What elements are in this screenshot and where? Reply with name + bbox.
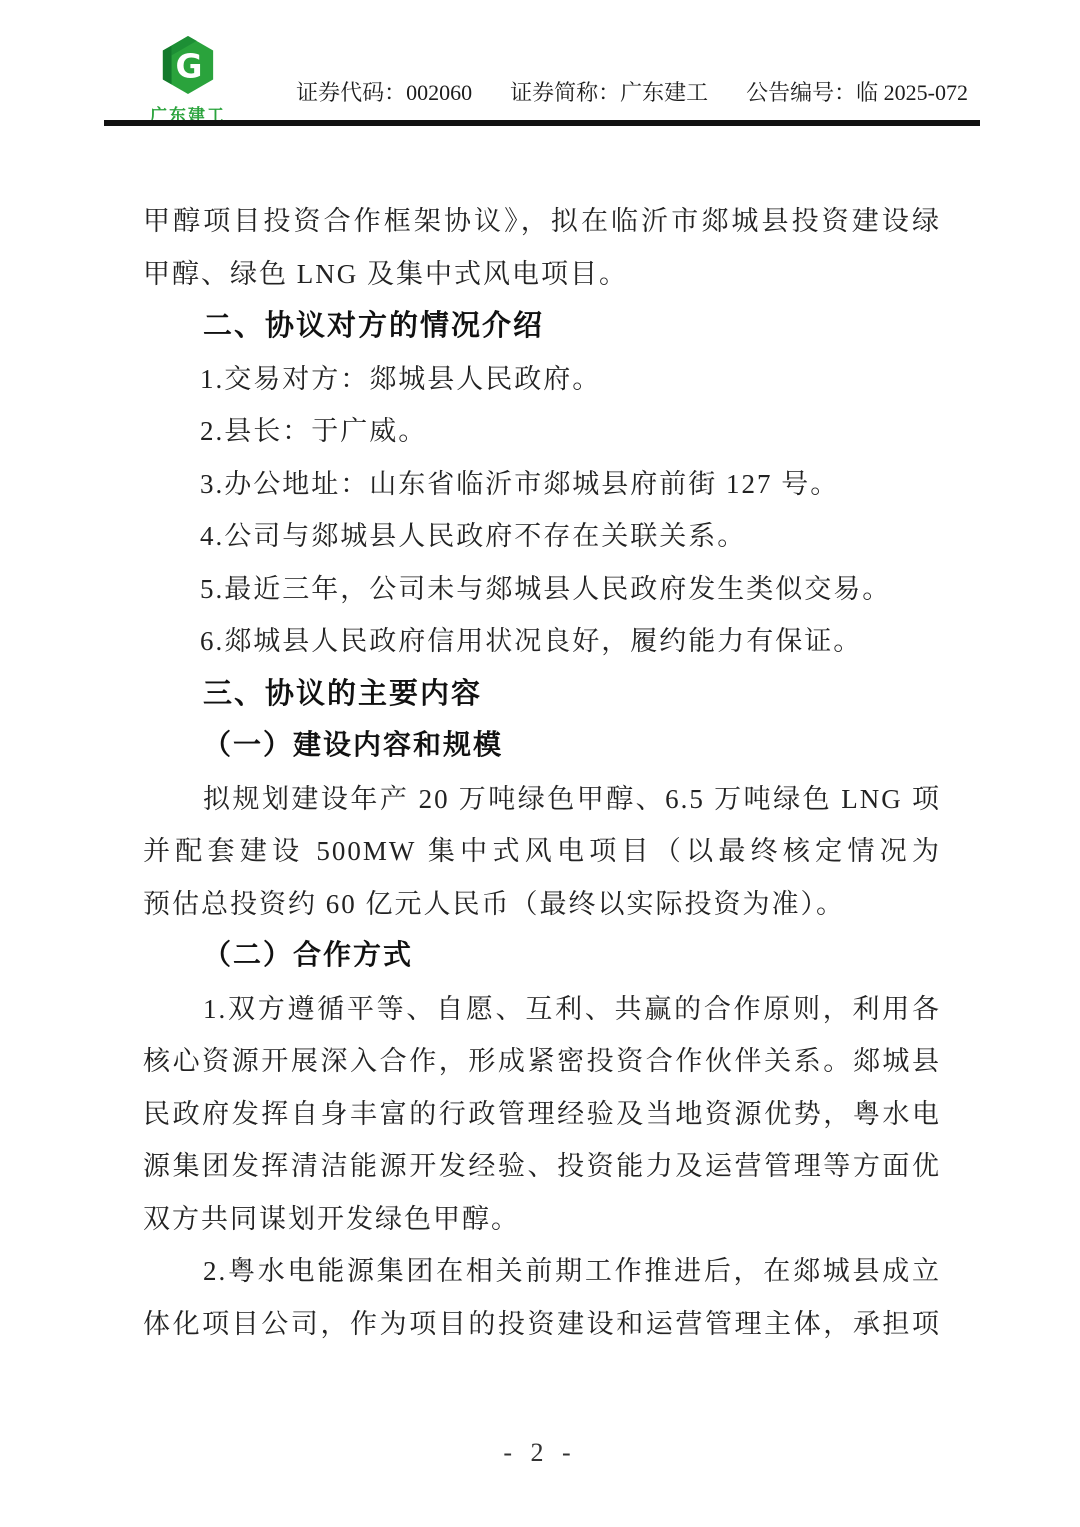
list-item-line: 4.公司与郯城县人民政府不存在关联关系。 — [143, 510, 941, 563]
svg-text:G: G — [175, 47, 202, 86]
paragraph-line: 拟规划建设年产 20 万吨绿色甲醇、6.5 万吨绿色 LNG 项目， — [143, 773, 941, 826]
page-number: - 2 - — [0, 1438, 1080, 1468]
list-item-line: 5.最近三年，公司未与郯城县人民政府发生类似交易。 — [143, 563, 941, 616]
list-item-line: 2.县长：于广威。 — [143, 405, 941, 458]
section-heading-main-content: 三、协议的主要内容 — [143, 668, 941, 721]
paragraph-line: 民政府发挥自身丰富的行政管理经验及当地资源优势，粤水电能 — [143, 1088, 941, 1141]
announcement-page: G 广东建工 证券代码：002060 证券简称：广东建工 公告编号：临 2025… — [0, 0, 1080, 1527]
paragraph-line: 甲醇、绿色 LNG 及集中式风电项目。 — [143, 248, 941, 301]
section-heading-counterparty: 二、协议对方的情况介绍 — [143, 300, 941, 353]
header-meta-row: 证券代码：002060 证券简称：广东建工 公告编号：临 2025-072 — [296, 76, 968, 107]
paragraph-line: 2.粤水电能源集团在相关前期工作推进后，在郯城县成立一 — [143, 1245, 941, 1298]
paragraph-line: 预估总投资约 60 亿元人民币（最终以实际投资为准）。 — [143, 878, 941, 931]
list-item-line: 1.交易对方：郯城县人民政府。 — [143, 353, 941, 406]
paragraph-line: 甲醇项目投资合作框架协议》，拟在临沂市郯城县投资建设绿色 — [143, 195, 941, 248]
list-item-line: 3.办公地址：山东省临沂市郯城县府前街 127 号。 — [143, 458, 941, 511]
header-divider — [104, 120, 980, 126]
paragraph-line: 1.双方遵循平等、自愿、互利、共赢的合作原则，利用各自 — [143, 983, 941, 1036]
stock-code: 证券代码：002060 — [296, 76, 472, 107]
paragraph-line: 核心资源开展深入合作，形成紧密投资合作伙伴关系。郯城县人 — [143, 1035, 941, 1088]
subsection-heading-cooperation: （二）合作方式 — [143, 930, 941, 983]
hexagon-g-logo-icon: G — [146, 34, 230, 96]
announcement-number: 公告编号：临 2025-072 — [746, 76, 968, 107]
stock-name: 证券简称：广东建工 — [510, 76, 708, 107]
list-item-line: 6.郯城县人民政府信用状况良好，履约能力有保证。 — [143, 615, 941, 668]
paragraph-line: 并配套建设 500MW 集中式风电项目（以最终核定情况为准）， — [143, 825, 941, 878]
paragraph-line: 双方共同谋划开发绿色甲醇。 — [143, 1193, 941, 1246]
paragraph-line: 源集团发挥清洁能源开发经验、投资能力及运营管理等方面优势， — [143, 1140, 941, 1193]
document-body: 甲醇项目投资合作框架协议》，拟在临沂市郯城县投资建设绿色 甲醇、绿色 LNG 及… — [143, 195, 941, 1350]
company-logo: G 广东建工 — [146, 34, 230, 126]
paragraph-line: 体化项目公司，作为项目的投资建设和运营管理主体，承担项目 — [143, 1298, 941, 1351]
subsection-heading-construction: （一）建设内容和规模 — [143, 720, 941, 773]
